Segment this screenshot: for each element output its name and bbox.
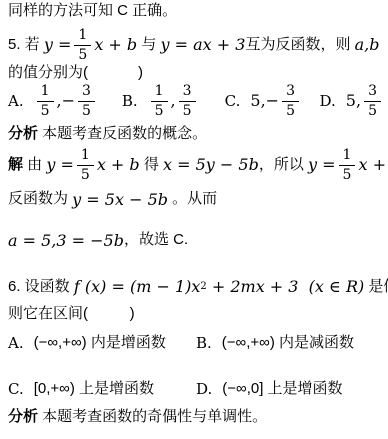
q6-option-d-label: D. [196, 380, 212, 399]
fraction-one-fifth: 1 5 [151, 83, 168, 118]
q6-option-c-label: C. [8, 380, 24, 399]
q5-sol-cn1: 由 [23, 156, 46, 175]
fraction-one-fifth: 1 5 [74, 27, 91, 62]
q6-option-b-text: (−∞,+∞) 内是减函数 [222, 334, 354, 353]
q5-option-d-pre: 5, [346, 91, 361, 111]
q6-option-d: D. (−∞,0] 上是增函数 [196, 380, 343, 399]
q5-option-c-pre: 5,− [250, 91, 279, 111]
q6-options-row-cd: C. [0,+∞) 上是增函数 D. (−∞,0] 上是增函数 [8, 380, 384, 399]
fraction-one-fifth: 1 5 [77, 147, 94, 182]
q5-option-a-label: A. [8, 92, 24, 111]
q5-sol-m4: y = [308, 155, 336, 175]
q5-sol2-cn1: 反函数为 [8, 190, 72, 209]
q5-option-b-sep: , [171, 91, 176, 111]
q5-number: 5. 若 [8, 36, 44, 55]
q5-sol-cn2: 得 [140, 156, 163, 175]
q5-option-c: C. 5,− 3 5 [225, 83, 320, 118]
q6-math-rest: + 2mx + 3 [207, 277, 299, 297]
q6-analysis-line: 分析 本题考查函数的奇偶性与单调性。 [8, 408, 384, 427]
q5-option-d-label: D. [320, 92, 336, 111]
q6-stem-line1: 6. 设函数 f (x) = (m − 1)x2 + 2mx + 3 (x ∈ … [8, 276, 384, 298]
q5-option-b-label: B. [122, 92, 138, 111]
q5-analysis-label: 分析 [8, 125, 38, 144]
q6-option-d-text: (−∞,0] 上是增函数 [222, 380, 342, 399]
fraction-three-fifths: 3 5 [179, 83, 196, 118]
q5-math-xb: x + b [94, 35, 137, 55]
q5-analysis-line: 分析 本题考查反函数的概念。 [8, 125, 384, 144]
q5-option-a-sep: ,− [57, 91, 76, 111]
q5-options-row: A. 1 5 ,− 3 5 B. 1 5 , 3 5 C. [8, 83, 384, 119]
q6-number: 6. 设函数 [8, 278, 74, 297]
q5-cn-inverse: 互为反函数，则 [245, 36, 354, 55]
q6-option-a-label: A. [8, 334, 24, 353]
q6-analysis-label: 分析 [8, 408, 38, 427]
q5-sol-m3: x = 5y − 5b [163, 155, 259, 175]
intro-line: 同样的方法可知 C 正确。 [8, 2, 384, 20]
q6-options-row-ab: A. (−∞,+∞) 内是增函数 B. (−∞,+∞) 内是减函数 [8, 334, 384, 353]
q5-solution-line3: a = 5,3 = −5b ，故选 C. [8, 231, 384, 250]
q5-analysis-text: 本题考查反函数的概念。 [38, 125, 207, 144]
q5-sol3-cn1: ，故选 C. [124, 231, 188, 250]
q5-sol2-m1: y = 5x − 5b [72, 190, 168, 210]
q5-sol2-cn2: 。从而 [168, 190, 217, 209]
q5-sol-cn3: ，所以 [259, 156, 308, 175]
q5-option-d: D. 5, 3 5 [320, 83, 384, 118]
q5-sol-m2: x + b [97, 155, 140, 175]
q5-sol3-m1: a = 5,3 = −5b [8, 231, 124, 251]
q6-cn-even: 是偶函数， [364, 278, 388, 297]
fraction-three-fifths: 3 5 [78, 83, 95, 118]
q6-option-b-label: B. [196, 334, 212, 353]
q5-stem-line1: 5. 若 y = 1 5 x + b 与 y = ax + 3 互为反函数，则 … [8, 26, 384, 64]
q6-math-domain: (x ∈ R) [298, 277, 364, 297]
q6-option-c: C. [0,+∞) 上是增函数 [8, 380, 196, 399]
q6-math-fx: f (x) = (m − 1)x [74, 277, 201, 297]
q5-cn-with: 与 [137, 36, 160, 55]
intro-text: 同样的方法可知 C 正确。 [8, 2, 177, 21]
q6-interval-text: 则它在区间( ) [8, 305, 135, 324]
fraction-one-fifth: 1 5 [37, 83, 54, 118]
document-page: 同样的方法可知 C 正确。 5. 若 y = 1 5 x + b 与 y = a… [0, 0, 388, 439]
q5-option-a: A. 1 5 ,− 3 5 [8, 83, 122, 118]
q5-sol-m1: y = [46, 155, 74, 175]
q5-math-ab: a,b [355, 35, 380, 55]
q5-math-yax3: y = ax + 3 [161, 35, 246, 55]
fraction-one-fifth: 1 5 [339, 147, 356, 182]
q6-option-a: A. (−∞,+∞) 内是增函数 [8, 334, 196, 353]
q5-solution-line1: 解 由 y = 1 5 x + b 得 x = 5y − 5b ，所以 y = … [8, 144, 384, 186]
q5-solution-line2: 反函数为 y = 5x − 5b 。从而 [8, 190, 384, 209]
q6-option-b: B. (−∞,+∞) 内是减函数 [196, 334, 354, 353]
fraction-three-fifths: 3 5 [364, 83, 381, 118]
q5-option-c-label: C. [225, 92, 241, 111]
q5-solution-label: 解 [8, 156, 23, 175]
q5-math-y-eq: y = [44, 35, 72, 55]
q6-analysis-text: 本题考查函数的奇偶性与单调性。 [38, 408, 267, 427]
q5-stem-line2: 的值分别为( ) [8, 64, 384, 83]
q5-sol-m5: x + b [358, 155, 388, 175]
q5-option-b: B. 1 5 , 3 5 [122, 83, 225, 118]
fraction-three-fifths: 3 5 [282, 83, 299, 118]
q5-values-text: 的值分别为( ) [8, 64, 143, 83]
q6-stem-line2: 则它在区间( ) [8, 304, 384, 324]
q6-option-c-text: [0,+∞) 上是增函数 [34, 380, 154, 399]
q6-option-a-text: (−∞,+∞) 内是增函数 [34, 334, 166, 353]
